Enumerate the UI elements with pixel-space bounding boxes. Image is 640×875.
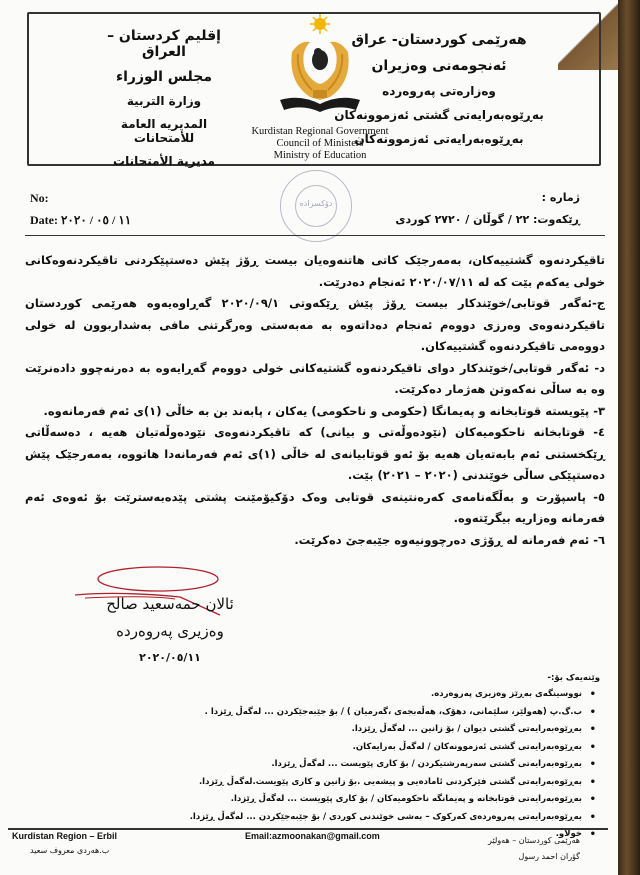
divider bbox=[25, 235, 605, 236]
cc-title: وێنەیەک بۆ:- bbox=[160, 673, 600, 683]
page-edge-shadow bbox=[618, 0, 640, 875]
stamp-text: دۆکسرادە bbox=[281, 199, 351, 208]
cc-item: نووسینگەی بەڕێز وەزیری پەروەردە. bbox=[160, 686, 582, 704]
cc-list: وێنەیەک بۆ:- نووسینگەی بەڕێز وەزیری پەرو… bbox=[160, 673, 600, 844]
body-paragraph: د- ئەگەر قوتابی/خوێندکار دوای تاقیکردنەو… bbox=[25, 358, 605, 401]
cc-item: بەڕێوەبەرایەتی پەروەردەی کەرکوک – بەشی خ… bbox=[160, 809, 582, 827]
cc-item: بەڕێوەبەرایەتی قوتابخانە و پەیمانگە ناحک… bbox=[160, 791, 582, 809]
body-paragraph: ٥- پاسپۆرت و بەڵگەنامەی کەرەنتینەی قوتاب… bbox=[25, 487, 605, 530]
arabic-header-line2: مجلس الوزراء bbox=[89, 69, 239, 85]
footer-location: Kurdistan Region – Erbil bbox=[12, 831, 117, 841]
arabic-header: إقليم كردستان – العراق مجلس الوزراء وزار… bbox=[89, 28, 239, 177]
body-paragraph: ج-ئەگەر قوتابی/خوێندکار بیست ڕۆژ پێش ڕێک… bbox=[25, 293, 605, 358]
arabic-header-line4: المديريه العامة للأمتحانات bbox=[89, 117, 239, 145]
body-paragraph: ٣- پێویستە قوتابخانە و پەیمانگا (حکومی و… bbox=[25, 401, 605, 423]
arabic-header-line3: وزارة التربية bbox=[89, 94, 239, 108]
date-label: Date: ١١ / ٠٥ / ٢٠٢٠ bbox=[30, 209, 131, 231]
cc-item: ب.گ.پ (هەولێر، سلێمانی، دهۆک، هەڵەبجەی ،… bbox=[160, 704, 582, 722]
date-label-kurdish: ڕێکەوت: ٢٢ / گوڵان / ٢٧٢٠ کوردی bbox=[395, 209, 580, 231]
footer-location-kurdish: هەرێمی کوردستان – هەولێر bbox=[488, 836, 580, 845]
english-header: Kurdistan Regional Government Council of… bbox=[240, 126, 400, 162]
footer-email-link[interactable]: Email:azmoonakan@gmail.com bbox=[245, 831, 380, 841]
cc-item: بەڕێوەبەرایەتی گشتی دیوان / بۆ زانین ...… bbox=[160, 721, 582, 739]
english-header-line3: Ministry of Education bbox=[240, 150, 400, 162]
arabic-header-line1: إقليم كردستان – العراق bbox=[89, 28, 239, 60]
body-paragraph: تاقیکردنەوە گشتییەکان، بەمەرجێک کاتی هات… bbox=[25, 250, 605, 293]
cc-item: بەڕێوەبەرایەتی گشتی فێرکردنی ئامادەیی و … bbox=[160, 774, 582, 792]
signatory-title: وەزیری پەروەردە bbox=[100, 622, 240, 640]
english-header-line2: Council of Ministers bbox=[240, 138, 400, 150]
kurdistan-emblem-icon bbox=[270, 12, 370, 117]
footer-divider bbox=[8, 828, 608, 830]
official-stamp: دۆکسرادە bbox=[280, 170, 352, 242]
footer-initials-right: گۆران احمد رسول bbox=[519, 852, 581, 861]
meta-left: No: Date: ١١ / ٠٥ / ٢٠٢٠ bbox=[30, 187, 131, 231]
signatory-name: ئالان حمەسعید صالح bbox=[100, 595, 240, 613]
letter-body: تاقیکردنەوە گشتییەکان، بەمەرجێک کاتی هات… bbox=[25, 250, 605, 551]
cc-item: بەڕێوەبەرایەتی گشتی ئەزموونەکان / لەگەڵ … bbox=[160, 739, 582, 757]
footer-initials-left: ب.هەردی معروف سعید bbox=[30, 846, 109, 855]
body-paragraph: ٤- قوتابخانە ناحکومیەکان (نێودەوڵەتی و ب… bbox=[25, 422, 605, 487]
meta-right: ژمارە : ڕێکەوت: ٢٢ / گوڵان / ٢٧٢٠ کوردی bbox=[395, 187, 580, 231]
cc-item: بەڕێوەبەرایەتی گشتی سەرپەرشتیکردن / بۆ ک… bbox=[160, 756, 582, 774]
number-label: No: bbox=[30, 187, 131, 209]
signature-block: ئالان حمەسعید صالح وەزیری پەروەردە ٢٠٢٠/… bbox=[60, 565, 260, 675]
arabic-header-line5: مديرية الأمتحانات bbox=[89, 154, 239, 168]
english-header-line1: Kurdistan Regional Government bbox=[240, 126, 400, 138]
signature-date: ٢٠٢٠/٠٥/١١ bbox=[100, 651, 240, 664]
number-label-kurdish: ژمارە : bbox=[395, 187, 580, 209]
body-paragraph: ٦- ئەم فەرمانە لە ڕۆژی دەرچوونیەوە جێبەج… bbox=[25, 530, 605, 552]
